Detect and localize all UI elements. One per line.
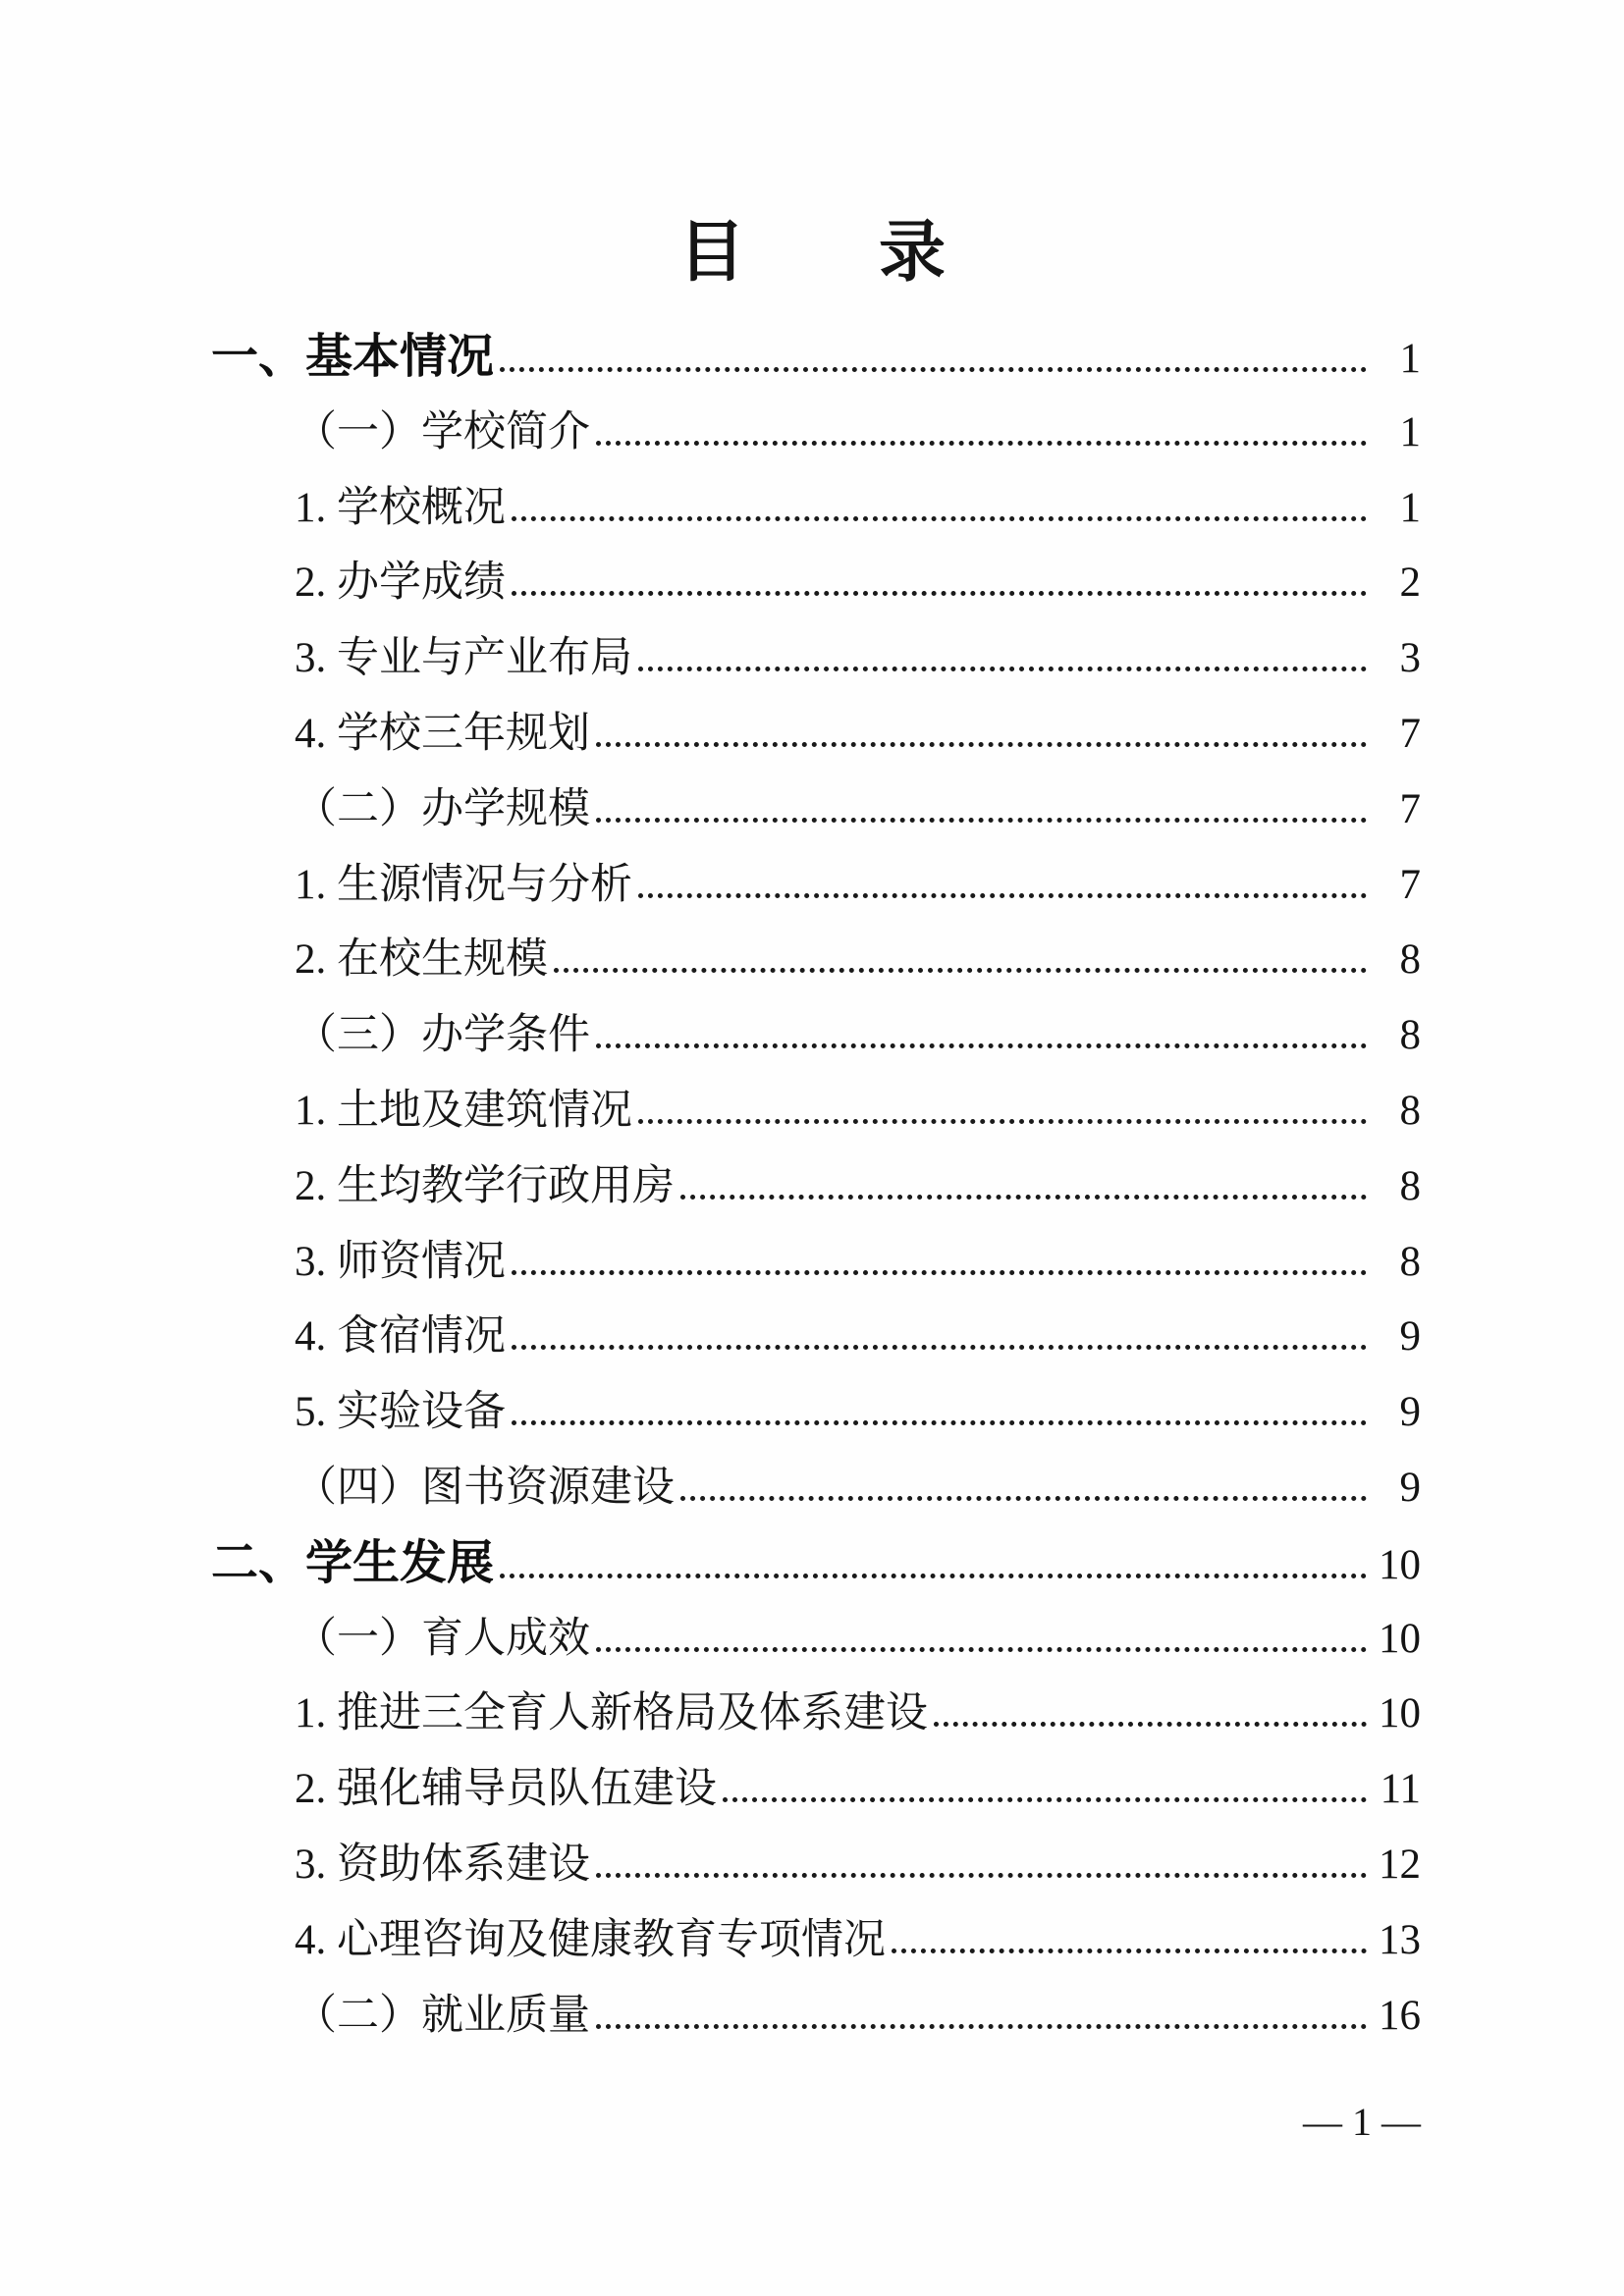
toc-entry: 2. 生均教学行政用房8 <box>211 1149 1421 1225</box>
toc-entry: （一）学校简介1 <box>211 396 1421 471</box>
dot-leader <box>596 1043 1367 1048</box>
toc-entry: （四）图书资源建设9 <box>211 1451 1421 1526</box>
toc-entry: 2. 办学成绩2 <box>211 546 1421 621</box>
toc-entry-page-number: 7 <box>1370 697 1421 773</box>
toc-entry-page-number: 12 <box>1370 1828 1421 1903</box>
dot-leader <box>554 968 1367 973</box>
toc-entry: 3. 资助体系建设12 <box>211 1828 1421 1903</box>
toc-entry: 4. 食宿情况9 <box>211 1300 1421 1375</box>
toc-entry-label: 1. 生源情况与分析 <box>211 848 632 924</box>
toc-entry-page-number: 1 <box>1370 396 1421 471</box>
toc-entry-page-number: 16 <box>1370 1979 1421 2055</box>
toc-entry-page-number: 9 <box>1370 1451 1421 1526</box>
toc-entry-label: （二）就业质量 <box>211 1979 590 2055</box>
toc-entry-page-number: 9 <box>1370 1375 1421 1451</box>
toc-entry-label: （一）学校简介 <box>211 396 590 471</box>
dot-leader <box>596 2024 1367 2029</box>
toc-entry-label: 2. 强化辅导员队伍建设 <box>211 1752 717 1828</box>
toc-entry-page-number: 10 <box>1370 1677 1421 1752</box>
toc-entry-label: 2. 生均教学行政用房 <box>211 1149 675 1225</box>
dot-leader <box>638 667 1367 671</box>
dot-leader <box>512 591 1367 596</box>
dot-leader <box>596 742 1367 747</box>
dot-leader <box>680 1496 1367 1501</box>
toc-entry-label: 1. 土地及建筑情况 <box>211 1074 632 1149</box>
toc-entry: 3. 专业与产业布局3 <box>211 621 1421 697</box>
toc-entry-page-number: 11 <box>1370 1752 1421 1828</box>
dot-leader <box>512 1345 1367 1350</box>
dot-leader <box>596 818 1367 823</box>
dot-leader <box>680 1195 1367 1200</box>
toc-entry-label: （二）办学规模 <box>211 773 590 848</box>
toc-entry: 2. 在校生规模8 <box>211 923 1421 998</box>
document-page: 目 录 一、基本情况1（一）学校简介11. 学校概况12. 办学成绩23. 专业… <box>0 0 1624 2296</box>
dot-leader <box>892 1949 1367 1953</box>
toc-entry: 1. 学校概况1 <box>211 471 1421 547</box>
toc-entry-label: 二、学生发展 <box>211 1526 494 1602</box>
toc-entry-page-number: 7 <box>1370 848 1421 924</box>
toc-entry: 5. 实验设备9 <box>211 1375 1421 1451</box>
dot-leader <box>512 516 1367 521</box>
toc-entry-label: 4. 学校三年规划 <box>211 697 590 773</box>
toc-entry-page-number: 7 <box>1370 773 1421 848</box>
toc-entry-page-number: 1 <box>1370 471 1421 547</box>
toc-entry: （三）办学条件8 <box>211 998 1421 1074</box>
toc-entry: 1. 土地及建筑情况8 <box>211 1074 1421 1149</box>
toc-entry-label: 1. 推进三全育人新格局及体系建设 <box>211 1677 928 1752</box>
dot-leader <box>723 1797 1367 1802</box>
toc-entry: （一）育人成效10 <box>211 1602 1421 1678</box>
toc-entry-page-number: 8 <box>1370 1149 1421 1225</box>
toc-entry-label: 3. 专业与产业布局 <box>211 621 632 697</box>
page-number-footer: — 1 — <box>1303 2099 1421 2146</box>
table-of-contents: 一、基本情况1（一）学校简介11. 学校概况12. 办学成绩23. 专业与产业布… <box>211 320 1421 2054</box>
toc-entry-page-number: 8 <box>1370 1225 1421 1301</box>
dot-leader <box>638 1119 1367 1124</box>
toc-entry: 4. 心理咨询及健康教育专项情况13 <box>211 1903 1421 1979</box>
toc-entry-label: 1. 学校概况 <box>211 471 506 547</box>
toc-entry-label: 2. 在校生规模 <box>211 923 548 998</box>
toc-entry: 1. 推进三全育人新格局及体系建设10 <box>211 1677 1421 1752</box>
dot-leader <box>638 893 1367 898</box>
toc-entry-label: （一）育人成效 <box>211 1602 590 1678</box>
toc-entry-label: （三）办学条件 <box>211 998 590 1074</box>
toc-entry-label: 4. 食宿情况 <box>211 1300 506 1375</box>
toc-entry: 1. 生源情况与分析7 <box>211 848 1421 924</box>
toc-entry-page-number: 9 <box>1370 1300 1421 1375</box>
toc-entry: 二、学生发展10 <box>211 1526 1421 1602</box>
dot-leader <box>596 1647 1367 1652</box>
toc-entry-page-number: 2 <box>1370 546 1421 621</box>
toc-entry-page-number: 8 <box>1370 998 1421 1074</box>
page-title: 目 录 <box>0 208 1624 296</box>
toc-entry: 2. 强化辅导员队伍建设11 <box>211 1752 1421 1828</box>
toc-entry-label: 4. 心理咨询及健康教育专项情况 <box>211 1903 886 1979</box>
dot-leader <box>500 1574 1367 1578</box>
toc-entry: 3. 师资情况8 <box>211 1225 1421 1301</box>
toc-entry: 4. 学校三年规划7 <box>211 697 1421 773</box>
toc-entry: （二）就业质量16 <box>211 1979 1421 2055</box>
dot-leader <box>934 1722 1367 1727</box>
toc-entry-page-number: 8 <box>1370 1074 1421 1149</box>
dot-leader <box>500 367 1367 372</box>
toc-entry-label: 3. 师资情况 <box>211 1225 506 1301</box>
toc-entry-page-number: 8 <box>1370 923 1421 998</box>
toc-entry-page-number: 1 <box>1370 322 1421 398</box>
toc-entry-page-number: 10 <box>1370 1528 1421 1604</box>
toc-entry-label: 一、基本情况 <box>211 320 494 396</box>
toc-entry: （二）办学规模7 <box>211 773 1421 848</box>
toc-entry-label: 3. 资助体系建设 <box>211 1828 590 1903</box>
toc-entry-label: （四）图书资源建设 <box>211 1451 675 1526</box>
dot-leader <box>512 1420 1367 1425</box>
toc-entry-page-number: 3 <box>1370 621 1421 697</box>
toc-entry-label: 5. 实验设备 <box>211 1375 506 1451</box>
toc-entry-label: 2. 办学成绩 <box>211 546 506 621</box>
toc-entry-page-number: 13 <box>1370 1903 1421 1979</box>
dot-leader <box>596 441 1367 446</box>
toc-entry-page-number: 10 <box>1370 1602 1421 1678</box>
dot-leader <box>512 1270 1367 1275</box>
dot-leader <box>596 1873 1367 1878</box>
toc-entry: 一、基本情况1 <box>211 320 1421 396</box>
